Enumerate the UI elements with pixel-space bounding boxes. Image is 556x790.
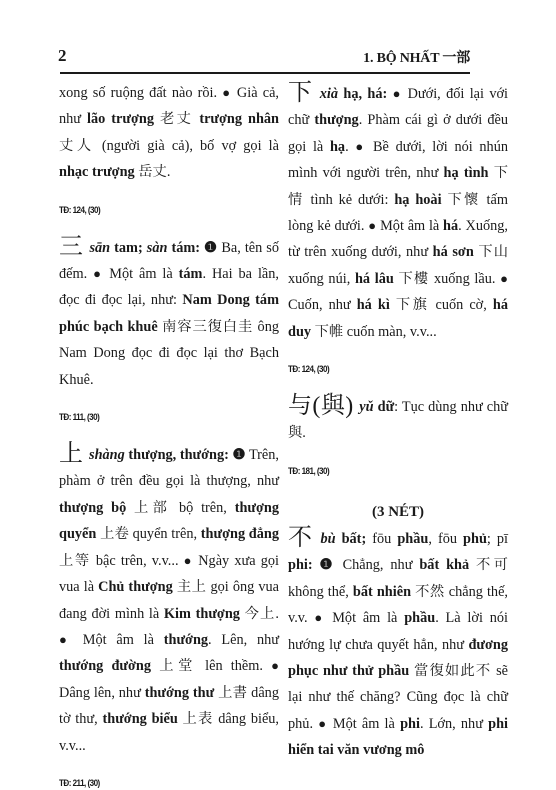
entry-san: 三sān tam; sàn tám: ❶ Ba, tên số đếm. ● M… [59,234,279,393]
text: Một âm là [376,218,443,234]
headword-char: 下 [288,80,314,106]
text: Một âm là [73,632,164,648]
term: há kì [357,297,390,313]
term: phi [400,716,420,732]
entry-xia: 下xià hạ, há: ● Dưới, đối lại với chữ thư… [288,80,508,345]
reading: tam; [110,240,147,256]
headword-char: 与(與) [288,393,353,419]
term: phầu [404,610,435,626]
pinyin: xià [320,86,338,102]
text: 老丈 [154,111,199,127]
text: 下樓 xuống lầu. [394,271,500,287]
reading: bất; [336,531,373,547]
text: 上部 bộ trên, [126,500,234,516]
term: hạ hoài [394,192,441,208]
page-header: 2 1. BỘ NHẤT 一部 [58,38,470,72]
header-rule [60,72,470,74]
pinyin: sàn [147,240,168,256]
number-marker-icon: ❶ [229,447,249,463]
right-column: 下xià hạ, há: ● Dưới, đối lại với chữ thư… [288,80,508,764]
bullet-icon: ● [318,716,327,731]
text: xong số ruộng đất nào rồi. [59,85,222,101]
text: . Lên, như [208,632,279,648]
text: 丈人 (người già cả), bố vợ gọi là [59,138,279,154]
text: Một âm là [103,266,178,282]
text: Một âm là [328,716,400,732]
text: , [428,531,438,547]
pinyin: sān [89,240,110,256]
term: há lâu [355,271,394,287]
reading: hạ, há: [338,86,387,102]
headword-char: 不 [288,525,314,551]
section-title: (3 NÉT) [288,499,508,525]
text: 今上. [240,606,279,622]
reference-label: TĐ: 124, (30) [288,359,486,379]
text: 上卷 quyển trên, [96,526,200,542]
text: 上等 bậc trên, v.v... [59,553,184,569]
text: Một âm là [325,610,404,626]
headword-char: 上 [59,441,83,467]
text: 下帷 cuốn màn, v.v... [311,324,437,340]
term: thướng đường [59,658,151,674]
term: thượng [314,112,358,128]
text: Dâng lên, như [59,685,145,701]
pinyin: fōu [438,531,463,547]
term: thướng thư [145,685,214,701]
reference-label: TĐ: 124, (30) [59,200,257,220]
bullet-icon: ● [93,266,103,281]
term: Kim thượng [164,606,240,622]
text: . Lớn, như [420,716,488,732]
headword-char: 三 [59,234,83,260]
bullet-icon: ● [59,632,73,647]
number-marker-icon: : ❶ [308,557,343,573]
pinyin: fōu [372,531,397,547]
running-head: 1. BỘ NHẤT 一部 [363,47,470,67]
bullet-icon: ● [355,139,366,154]
term: thướng biểu [103,711,178,727]
entry-bu: 不bù bất; fōu phầu, fōu phủ; pī phi: ❶ Ch… [288,525,508,764]
text: 上堂 lên thềm. [151,658,271,674]
reading: phầu [397,531,428,547]
entry-shang: 上shàng thượng, thướng: ❶ Trên, phàm ở tr… [59,441,279,759]
page-number: 2 [58,46,67,66]
term: bất nhiên [353,584,411,600]
bullet-icon: ● [500,271,508,286]
bullet-icon: ● [271,658,279,673]
reading: tám: [167,240,200,256]
text: 岳丈. [135,164,171,180]
text: 下旗 cuốn cờ, [390,297,493,313]
number-marker-icon: ❶ [200,240,221,256]
term: hạ [330,139,345,155]
pinyin: bù [320,531,335,547]
term: lão trượng [87,111,154,127]
term: bất khả [419,557,469,573]
reference-label: TĐ: 181, (30) [288,461,486,481]
entry-continuation: xong số ruộng đất nào rồi. ● Già cả, như… [59,80,279,186]
text: ; pī [487,531,508,547]
reading: phủ [463,531,487,547]
bullet-icon: ● [393,86,403,101]
reading: thượng, thướng: [125,447,229,463]
term: thượng bộ [59,500,126,516]
text: Cuốn, như [288,297,357,313]
text: Chẳng, như [343,557,420,573]
bullet-icon: ● [314,610,325,625]
term: thượng đẳng [201,526,279,542]
term: trượng nhân [199,111,279,127]
term: há sơn [433,244,474,260]
reading: dữ [374,399,395,415]
entry-yu: 与(與)yǔ dữ: Tục dùng như chữ 與. [288,393,508,447]
pinyin: shàng [89,447,125,463]
text: . [345,139,355,155]
left-column: xong số ruộng đất nào rồi. ● Già cả, như… [59,80,279,790]
bullet-icon: ● [184,553,193,568]
reference-label: TĐ: 111, (30) [59,407,257,427]
pinyin: yǔ [359,399,373,415]
term: hạ tình [444,165,489,181]
reference-label: TĐ: 211, (30) [59,773,257,790]
term: há [443,218,458,234]
bullet-icon: ● [222,85,231,100]
term: nhạc trượng [59,164,135,180]
term: Chủ thượng [98,579,173,595]
term: thướng [164,632,208,648]
term: tám [179,266,203,282]
reading: phi [288,557,308,573]
